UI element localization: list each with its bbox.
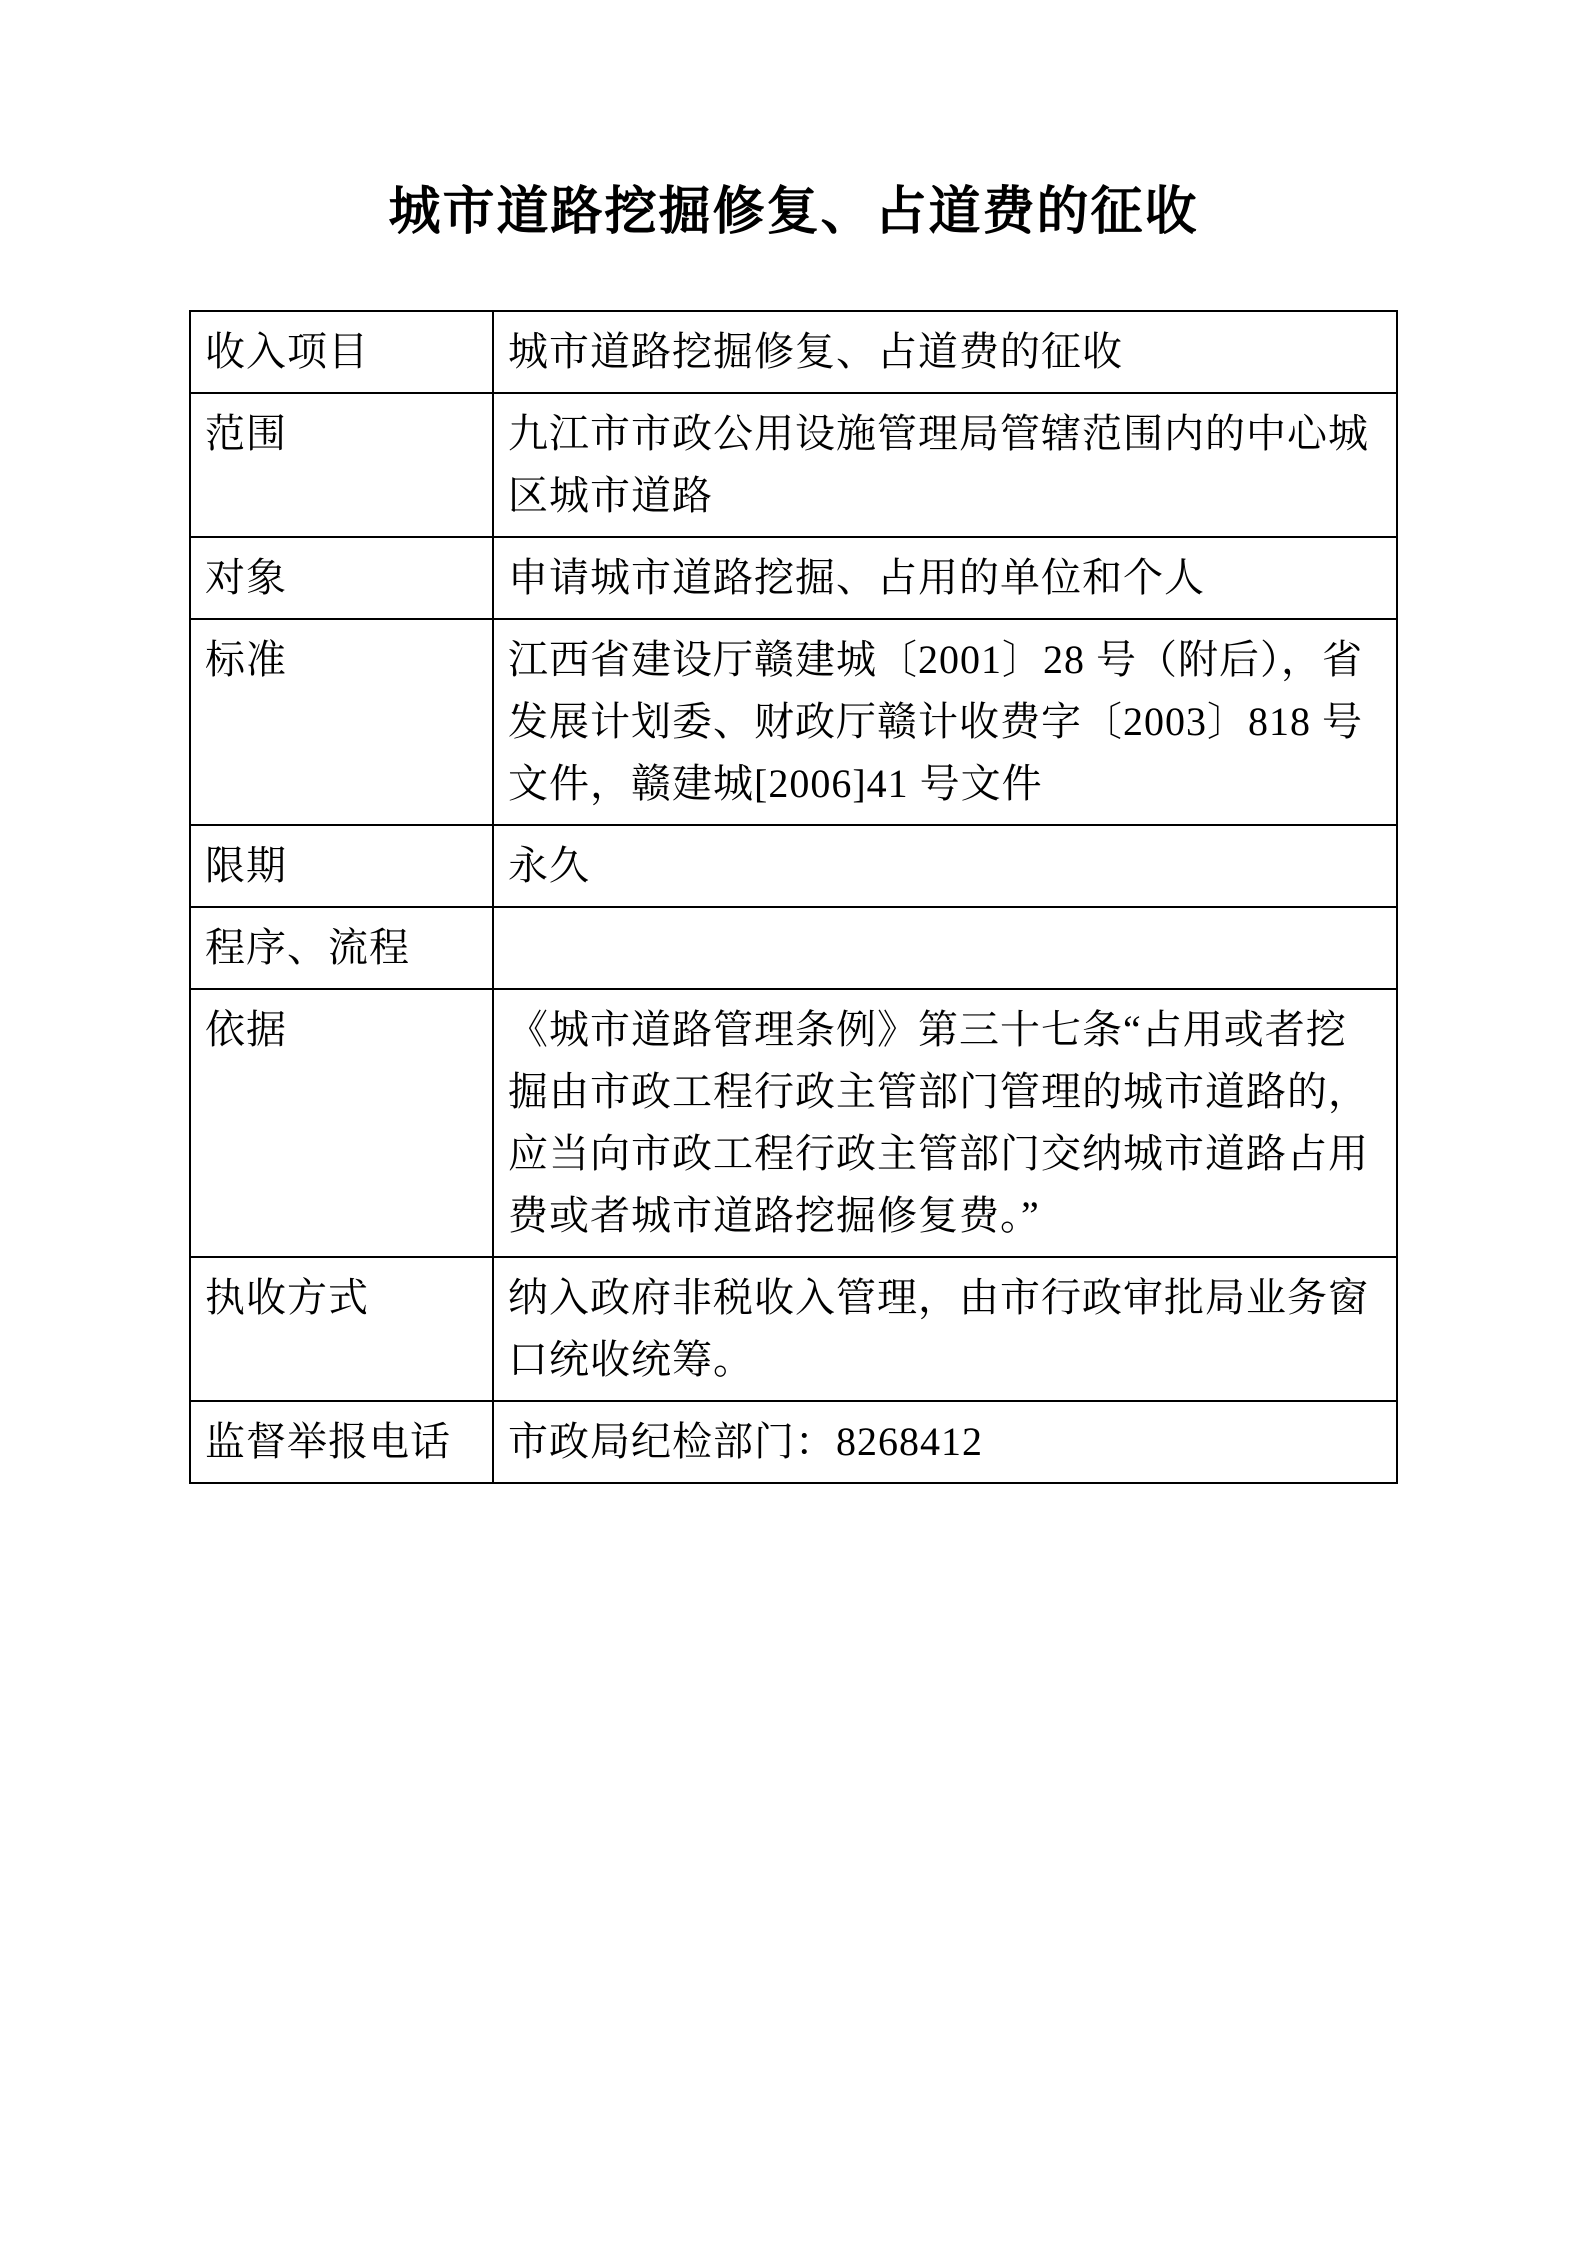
row-value: 申请城市道路挖掘、占用的单位和个人: [493, 537, 1397, 619]
row-label: 收入项目: [190, 311, 493, 393]
row-value: 永久: [493, 825, 1397, 907]
row-label: 对象: [190, 537, 493, 619]
row-label: 依据: [190, 989, 493, 1257]
table-row: 范围 九江市市政公用设施管理局管辖范围内的中心城区城市道路: [190, 393, 1397, 537]
table-row: 对象 申请城市道路挖掘、占用的单位和个人: [190, 537, 1397, 619]
row-label: 标准: [190, 619, 493, 825]
table-row: 监督举报电话 市政局纪检部门：8268412: [190, 1401, 1397, 1483]
table-row: 收入项目 城市道路挖掘修复、占道费的征收: [190, 311, 1397, 393]
document-page: 城市道路挖掘修复、占道费的征收 收入项目 城市道路挖掘修复、占道费的征收 范围 …: [0, 0, 1587, 2245]
row-label: 程序、流程: [190, 907, 493, 989]
table-row: 标准 江西省建设厅赣建城〔2001〕28 号（附后），省发展计划委、财政厅赣计收…: [190, 619, 1397, 825]
row-label: 限期: [190, 825, 493, 907]
row-label: 监督举报电话: [190, 1401, 493, 1483]
table-row: 执收方式 纳入政府非税收入管理，由市行政审批局业务窗口统收统筹。: [190, 1257, 1397, 1401]
table-row: 程序、流程: [190, 907, 1397, 989]
row-value: 纳入政府非税收入管理，由市行政审批局业务窗口统收统筹。: [493, 1257, 1397, 1401]
row-value: 江西省建设厅赣建城〔2001〕28 号（附后），省发展计划委、财政厅赣计收费字〔…: [493, 619, 1397, 825]
row-value: 市政局纪检部门：8268412: [493, 1401, 1397, 1483]
row-label: 执收方式: [190, 1257, 493, 1401]
row-value: 《城市道路管理条例》第三十七条“占用或者挖掘由市政工程行政主管部门管理的城市道路…: [493, 989, 1397, 1257]
row-value: [493, 907, 1397, 989]
row-value: 九江市市政公用设施管理局管辖范围内的中心城区城市道路: [493, 393, 1397, 537]
table-body: 收入项目 城市道路挖掘修复、占道费的征收 范围 九江市市政公用设施管理局管辖范围…: [190, 311, 1397, 1483]
page-title: 城市道路挖掘修复、占道费的征收: [190, 178, 1397, 248]
row-label: 范围: [190, 393, 493, 537]
table-row: 限期 永久: [190, 825, 1397, 907]
info-table: 收入项目 城市道路挖掘修复、占道费的征收 范围 九江市市政公用设施管理局管辖范围…: [189, 310, 1398, 1484]
row-value: 城市道路挖掘修复、占道费的征收: [493, 311, 1397, 393]
table-row: 依据 《城市道路管理条例》第三十七条“占用或者挖掘由市政工程行政主管部门管理的城…: [190, 989, 1397, 1257]
